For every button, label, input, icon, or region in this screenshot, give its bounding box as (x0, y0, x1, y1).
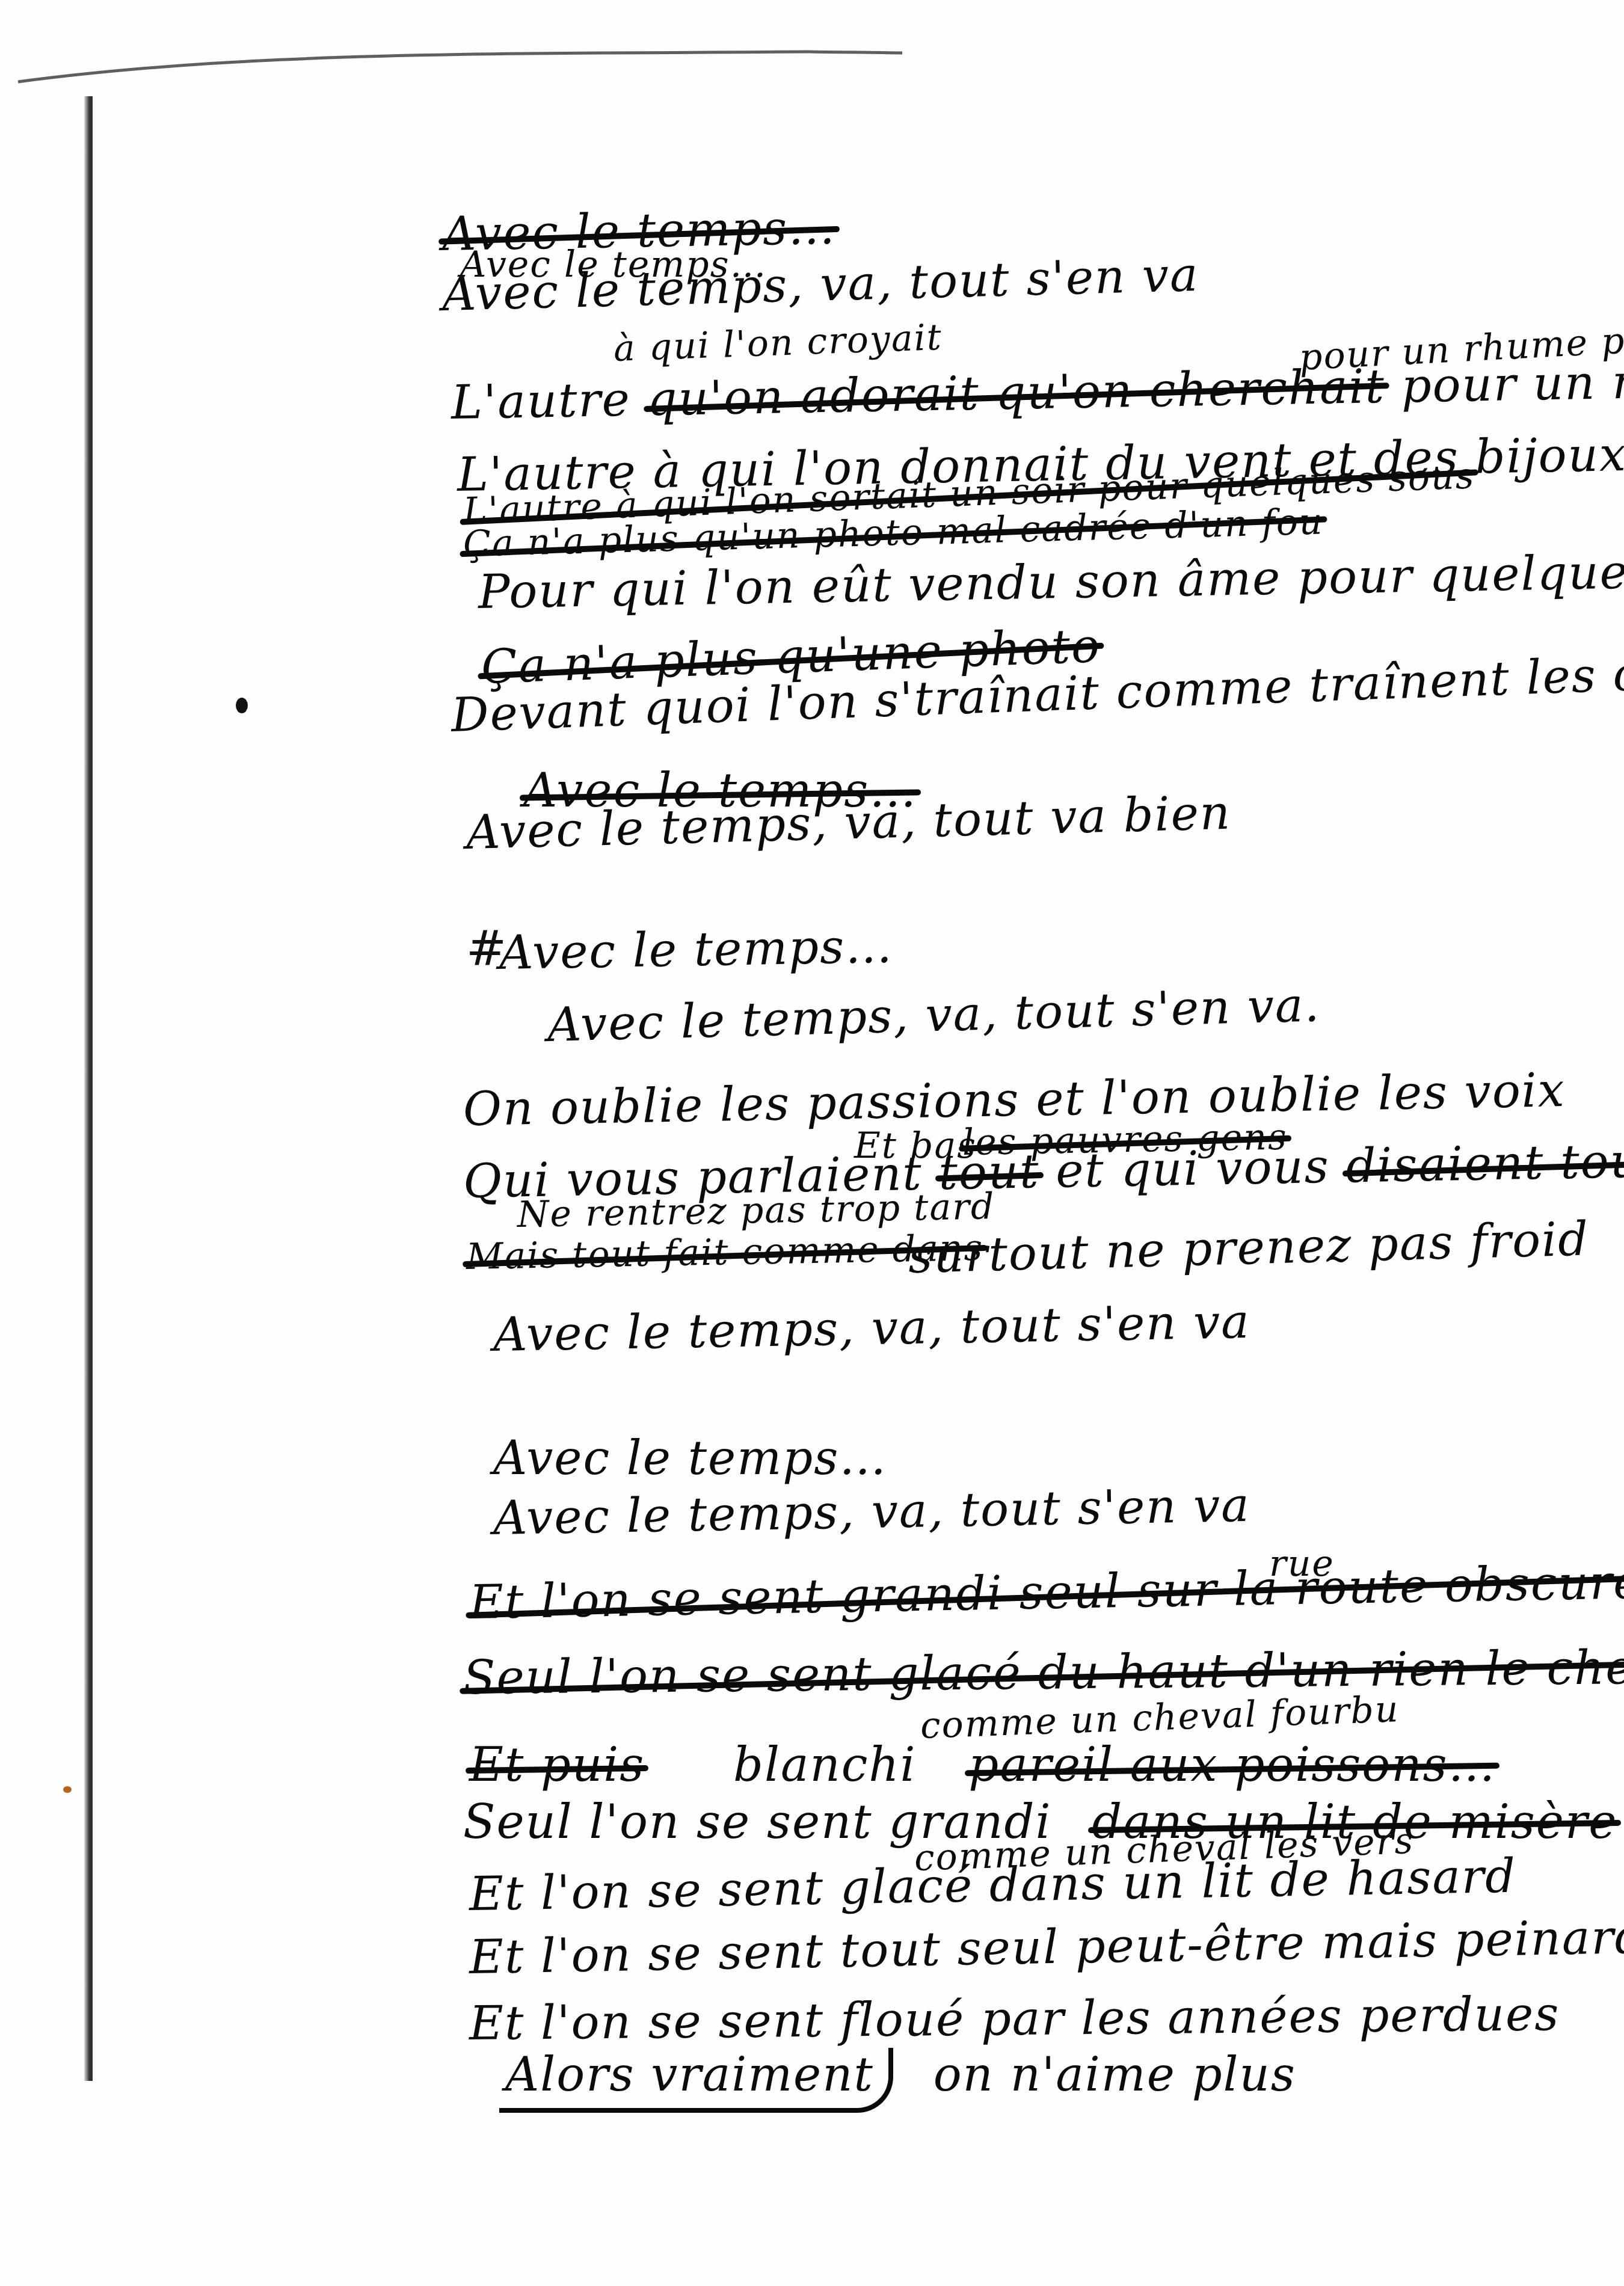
line-21: Avec le temps, va, tout s'en va (493, 1478, 1250, 1546)
line-16-struck-right: les pauvres gens (962, 1116, 1288, 1164)
line-22-struck: Et l'on se sent grandi seul sur la route… (469, 1555, 1624, 1630)
circled-phrase: Alors vraiment (499, 2048, 893, 2113)
line-26: Et l'on se sent glacé dans un lit de has… (469, 1849, 1516, 1922)
line-14: Avec le temps, va, tout s'en va. (547, 978, 1321, 1052)
line-27: Et l'on se sent tout seul peut-être mais… (469, 1910, 1624, 1985)
margin-orange-dot (63, 1786, 72, 1793)
line-17-struck: Mais tout fait comme dans (466, 1227, 983, 1278)
margin-ink-dot (236, 698, 248, 713)
line-19: Avec le temps, va, tout s'en va (493, 1295, 1250, 1362)
top-page-edge (0, 0, 1624, 120)
line-13: Avec le temps… (499, 920, 894, 980)
manuscript-page: Avec le temps… Avec le temps… Avec le te… (0, 0, 1624, 2286)
line-24: Et puis blanchi pareil aux poissons… (469, 1738, 1496, 1792)
line-18: surtout ne prenez pas froid (908, 1212, 1590, 1284)
line-23-struck: Seul l'on se sent glacé du haut d'un rie… (463, 1640, 1624, 1705)
line-29: Alors vraiment on n'aime plus (499, 2048, 1296, 2113)
line-20: Avec le temps… (493, 1431, 887, 1486)
line-4-insert: à qui l'on croyait (613, 316, 943, 370)
left-page-edge (84, 96, 93, 2081)
line-28: Et l'on se sent floué par les années per… (469, 1987, 1560, 2051)
